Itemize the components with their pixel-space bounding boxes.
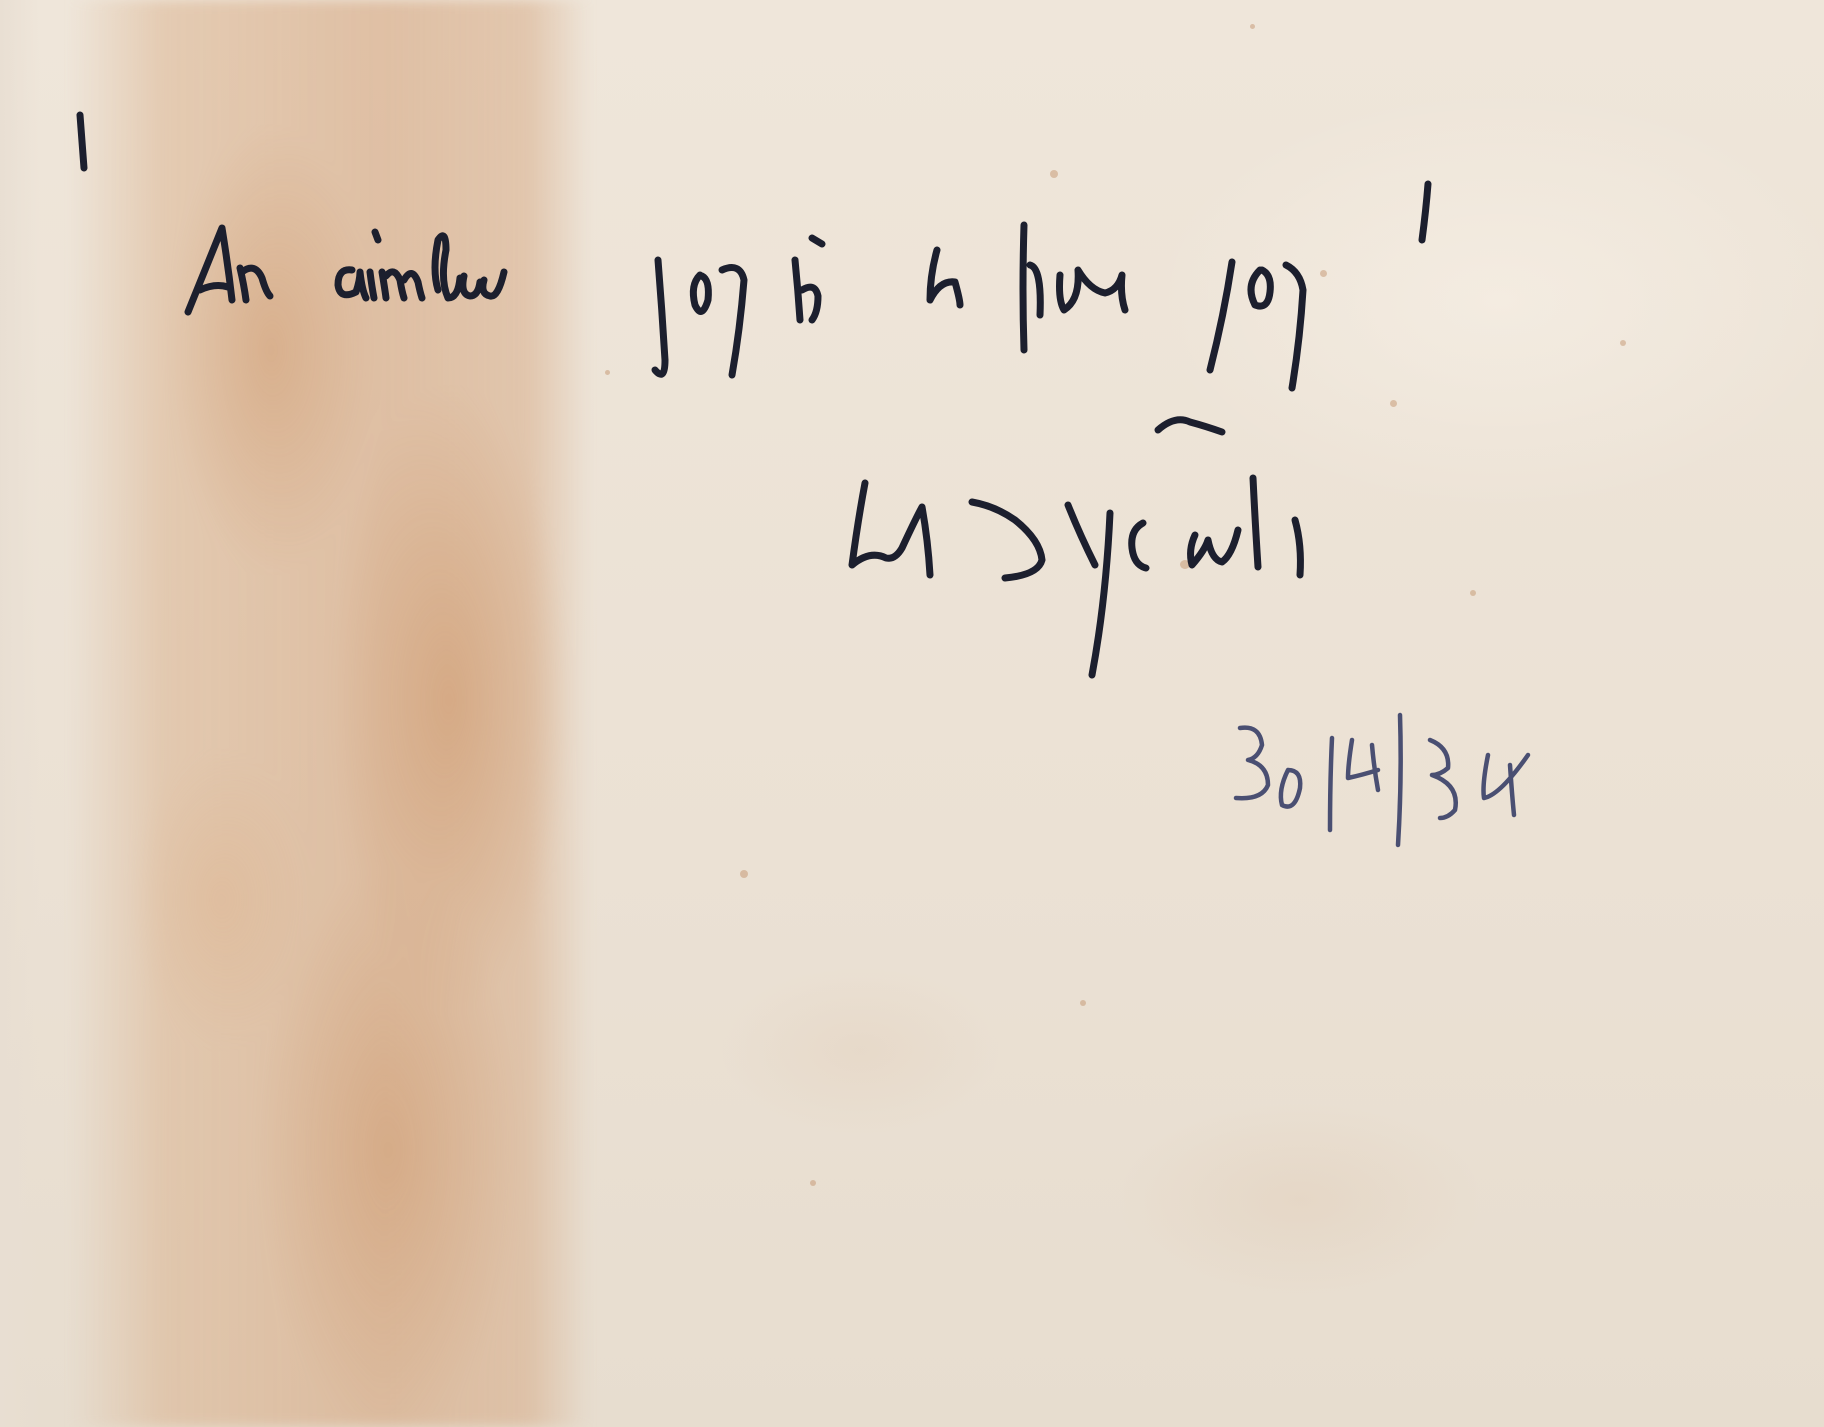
- signature-flourish: [1158, 420, 1222, 432]
- date-separator-1: [1330, 738, 1332, 830]
- signature-w: [852, 483, 930, 575]
- opening-quote-mark: [80, 115, 84, 168]
- closing-quote-mark: [1422, 184, 1428, 240]
- word-pure: [1023, 225, 1125, 350]
- date-digit-4b: [1484, 755, 1529, 815]
- date-digit-4: [1348, 740, 1378, 790]
- date-digit-3b: [1430, 740, 1456, 818]
- word-is: [795, 238, 822, 320]
- book-flyleaf-page: 'An aimless joy is a pure joy' WB Yeats …: [0, 0, 1824, 1427]
- word-joy-2: [1210, 262, 1303, 388]
- signature-b: [972, 502, 1042, 578]
- word-aimless: [338, 232, 504, 298]
- signature-s: [1295, 520, 1300, 575]
- word-an: [188, 228, 270, 312]
- signature-a: [1191, 530, 1238, 565]
- handwriting-strokes: [0, 0, 1824, 1427]
- signature-e: [1132, 523, 1146, 568]
- signature-y: [1068, 505, 1110, 675]
- word-joy: [655, 260, 744, 375]
- date-separator-2: [1398, 715, 1401, 845]
- date-digit-0: [1281, 770, 1300, 807]
- date-digit-3: [1236, 728, 1268, 799]
- word-a: [930, 250, 960, 305]
- signature-t: [1253, 478, 1258, 567]
